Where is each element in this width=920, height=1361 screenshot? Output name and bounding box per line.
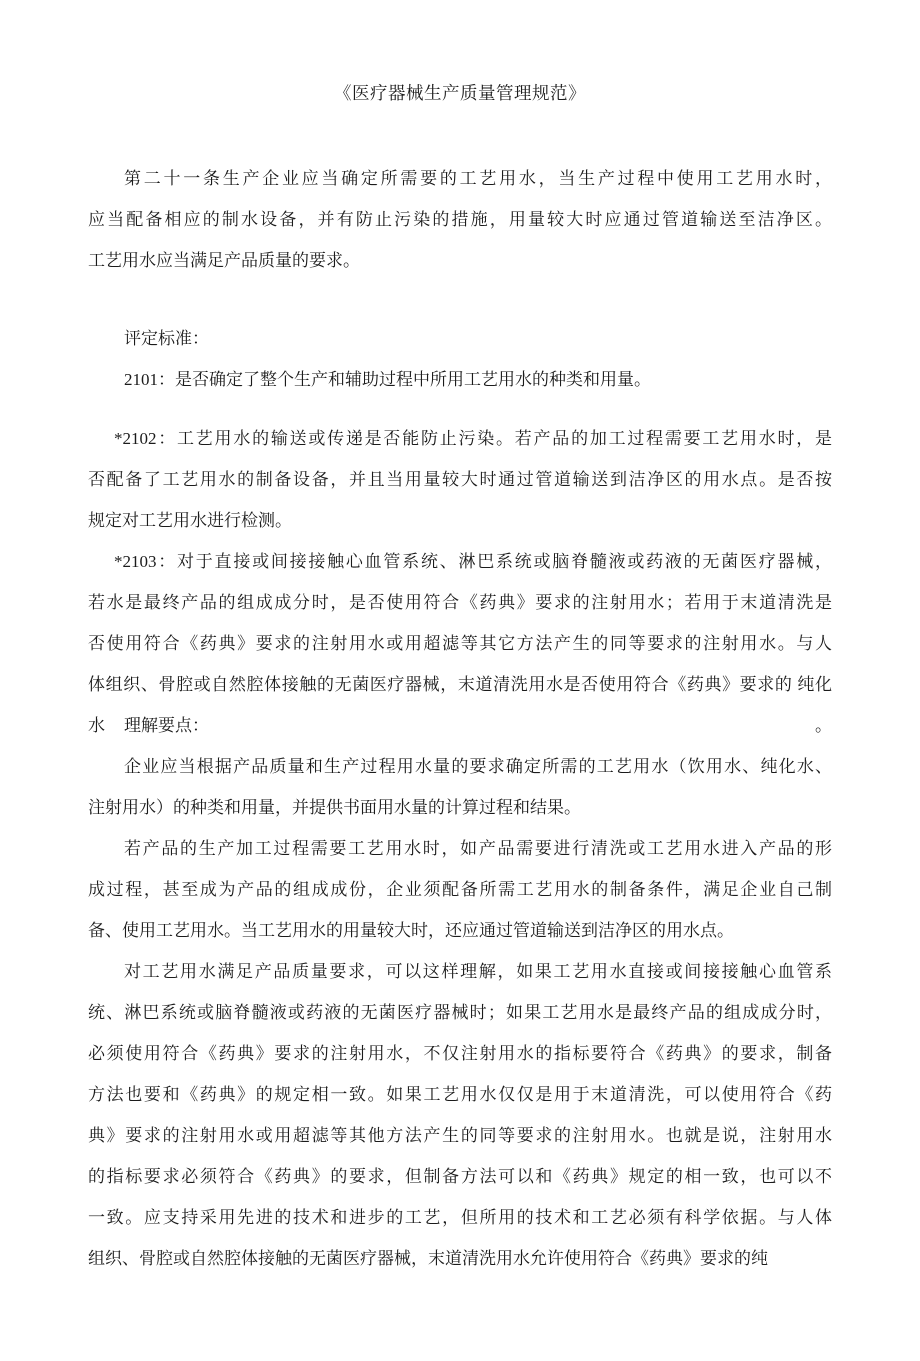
text-line: 评定标准：: [88, 318, 832, 359]
text-line: 工艺用水应当满足产品质量的要求。: [88, 240, 832, 281]
document-page: 《医疗器械生产质量管理规范》 第二十一条生产企业应当确定所需要的工艺用水，当生产…: [0, 0, 920, 1361]
text-line: 方法也要和《药典》的规定相一致。如果工艺用水仅仅是用于末道清洗，可以使用符合《药: [88, 1074, 832, 1115]
text-line: 体组织、骨腔或自然腔体接触的无菌医疗器械，末道清洗用水是否使用符合《药典》要求的…: [88, 664, 832, 705]
text-line: 组织、骨腔或自然腔体接触的无菌医疗器械，末道清洗用水允许使用符合《药典》要求的纯: [88, 1238, 832, 1279]
text-line: 一致。应支持采用先进的技术和进步的工艺，但所用的技术和工艺必须有科学依据。与人体: [88, 1197, 832, 1238]
text-line: *2102：工艺用水的输送或传递是否能防止污染。若产品的加工过程需要工艺用水时，…: [88, 418, 832, 459]
text-line: 规定对工艺用水进行检测。: [88, 500, 832, 541]
text-line: 若水是最终产品的组成成分时，是否使用符合《药典》要求的注射用水；若用于末道清洗是: [88, 582, 832, 623]
text-line: 必须使用符合《药典》要求的注射用水，不仅注射用水的指标要符合《药典》的要求，制备: [88, 1033, 832, 1074]
text-line: 第二十一条生产企业应当确定所需要的工艺用水，当生产过程中使用工艺用水时，: [88, 158, 832, 199]
text-line: 的指标要求必须符合《药典》的要求，但制备方法可以和《药典》规定的相一致，也可以不: [88, 1156, 832, 1197]
text-line: 典》要求的注射用水或用超滤等其他方法产生的同等要求的注射用水。也就是说，注射用水: [88, 1115, 832, 1156]
text-line: 否配备了工艺用水的制备设备，并且当用量较大时通过管道输送到洁净区的用水点。是否按: [88, 459, 832, 500]
text-line: 对工艺用水满足产品质量要求，可以这样理解，如果工艺用水直接或间接接触心血管系: [88, 951, 832, 992]
text-line: 统、淋巴系统或脑脊髓液或药液的无菌医疗器械时；如果工艺用水是最终产品的组成成分时…: [88, 992, 832, 1033]
text-line: 若产品的生产加工过程需要工艺用水时，如产品需要进行清洗或工艺用水进入产品的形: [88, 828, 832, 869]
text-line: 注射用水）的种类和用量，并提供书面用水量的计算过程和结果。: [88, 787, 832, 828]
text-line: 备、使用工艺用水。当工艺用水的用量较大时，还应通过管道输送到洁净区的用水点。: [88, 910, 832, 951]
text-line: 应当配备相应的制水设备，并有防止污染的措施，用量较大时应通过管道输送至洁净区。: [88, 199, 832, 240]
text-line: 成过程，甚至成为产品的组成成份，企业须配备所需工艺用水的制备条件，满足企业自己制: [88, 869, 832, 910]
text-line: 2101：是否确定了整个生产和辅助过程中所用工艺用水的种类和用量。: [88, 359, 832, 400]
document-body: 第二十一条生产企业应当确定所需要的工艺用水，当生产过程中使用工艺用水时，应当配备…: [88, 158, 832, 1279]
text-line: 企业应当根据产品质量和生产过程用水量的要求确定所需的工艺用水（饮用水、纯化水、: [88, 746, 832, 787]
text-line: *2103：对于直接或间接接触心血管系统、淋巴系统或脑脊髓液或药液的无菌医疗器械…: [88, 541, 832, 582]
document-title: 《医疗器械生产质量管理规范》: [0, 0, 920, 106]
text-line: 否使用符合《药典》要求的注射用水或用超滤等其它方法产生的同等要求的注射用水。与人: [88, 623, 832, 664]
